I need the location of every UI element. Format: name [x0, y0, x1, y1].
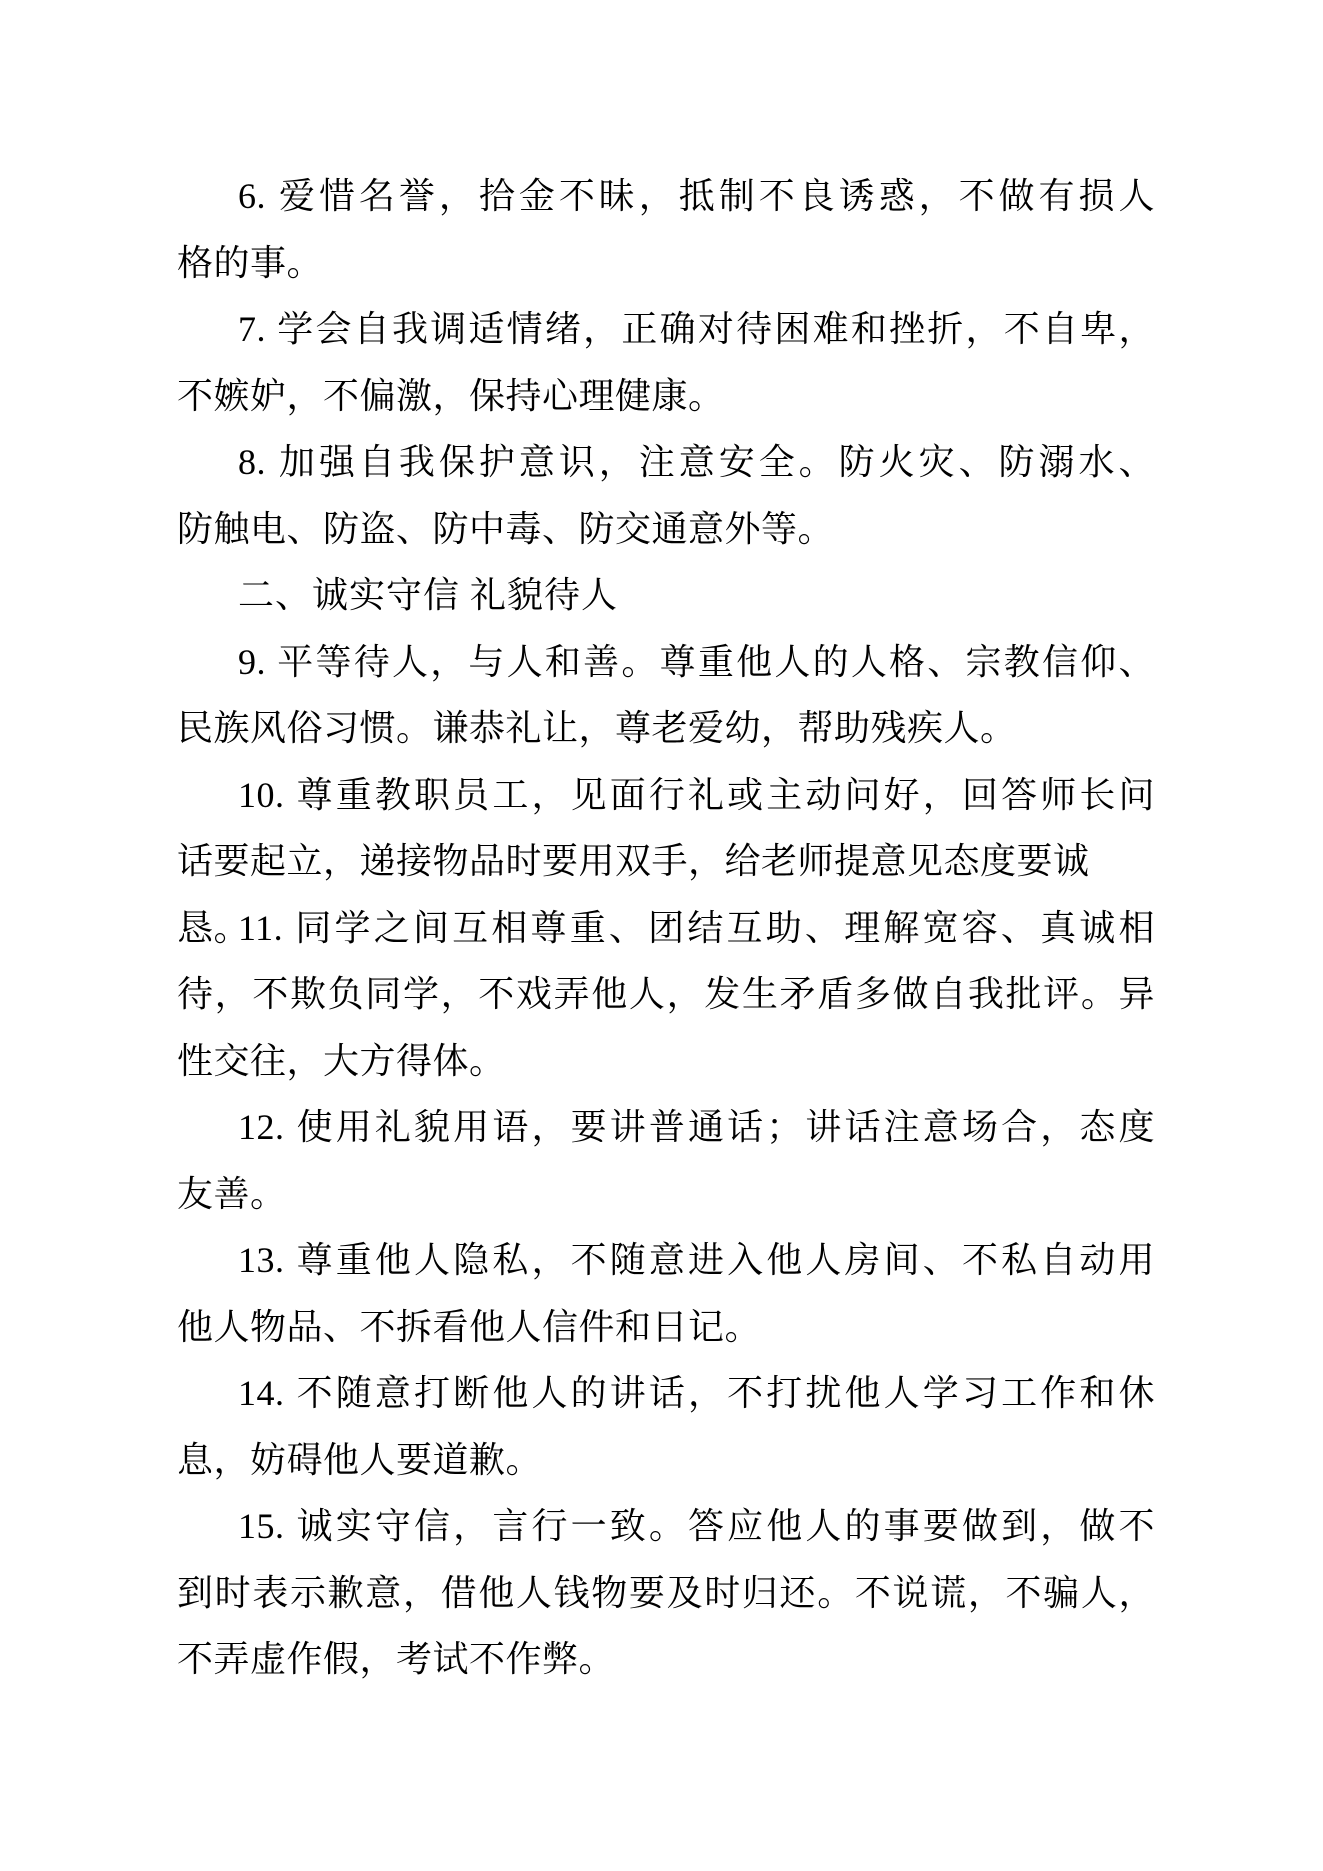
- rule-item-14-line-1: 14. 不随意打断他人的讲话，不打扰他人学习工作和休: [177, 1360, 1155, 1427]
- rule-item-13-line-2: 他人物品、不拆看他人信件和日记。: [177, 1294, 1155, 1361]
- rule-item-14-line-2: 息，妨碍他人要道歉。: [177, 1427, 1155, 1494]
- document-page: 6. 爱惜名誉，拾金不昧，抵制不良诱惑，不做有损人 格的事。 7. 学会自我调适…: [0, 0, 1323, 1871]
- rule-item-12-line-2: 友善。: [177, 1161, 1155, 1228]
- rule-item-10-line-2: 话要起立，递接物品时要用双手，给老师提意见态度要诚恳。: [177, 828, 1155, 895]
- rule-item-6-line-1: 6. 爱惜名誉，拾金不昧，抵制不良诱惑，不做有损人: [177, 163, 1155, 230]
- rule-item-8-line-1: 8. 加强自我保护意识，注意安全。防火灾、防溺水、: [177, 429, 1155, 496]
- rule-item-7-line-1: 7. 学会自我调适情绪，正确对待困难和挫折，不自卑，: [177, 296, 1155, 363]
- rule-item-15-line-3: 不弄虚作假，考试不作弊。: [177, 1626, 1155, 1693]
- rule-item-8-line-2: 防触电、防盗、防中毒、防交通意外等。: [177, 496, 1155, 563]
- rule-item-9-line-1: 9. 平等待人，与人和善。尊重他人的人格、宗教信仰、: [177, 629, 1155, 696]
- rule-item-11-line-1: 11. 同学之间互相尊重、团结互助、理解宽容、真诚相: [177, 895, 1155, 962]
- rule-item-11-line-2: 待，不欺负同学，不戏弄他人，发生矛盾多做自我批评。异: [177, 961, 1155, 1028]
- rule-item-6-line-2: 格的事。: [177, 230, 1155, 297]
- rule-item-10-line-1: 10. 尊重教职员工，见面行礼或主动问好，回答师长问: [177, 762, 1155, 829]
- rule-item-15-line-1: 15. 诚实守信，言行一致。答应他人的事要做到，做不: [177, 1493, 1155, 1560]
- rule-item-11-line-3: 性交往，大方得体。: [177, 1028, 1155, 1095]
- rule-item-9-line-2: 民族风俗习惯。谦恭礼让，尊老爱幼，帮助残疾人。: [177, 695, 1155, 762]
- rule-item-13-line-1: 13. 尊重他人隐私，不随意进入他人房间、不私自动用: [177, 1227, 1155, 1294]
- rule-item-12-line-1: 12. 使用礼貌用语，要讲普通话；讲话注意场合，态度: [177, 1094, 1155, 1161]
- section-heading: 二、诚实守信 礼貌待人: [177, 562, 1155, 629]
- rule-item-15-line-2: 到时表示歉意，借他人钱物要及时归还。不说谎，不骗人，: [177, 1560, 1155, 1627]
- rule-item-7-line-2: 不嫉妒，不偏激，保持心理健康。: [177, 363, 1155, 430]
- document-text-block: 6. 爱惜名誉，拾金不昧，抵制不良诱惑，不做有损人 格的事。 7. 学会自我调适…: [177, 163, 1155, 1693]
